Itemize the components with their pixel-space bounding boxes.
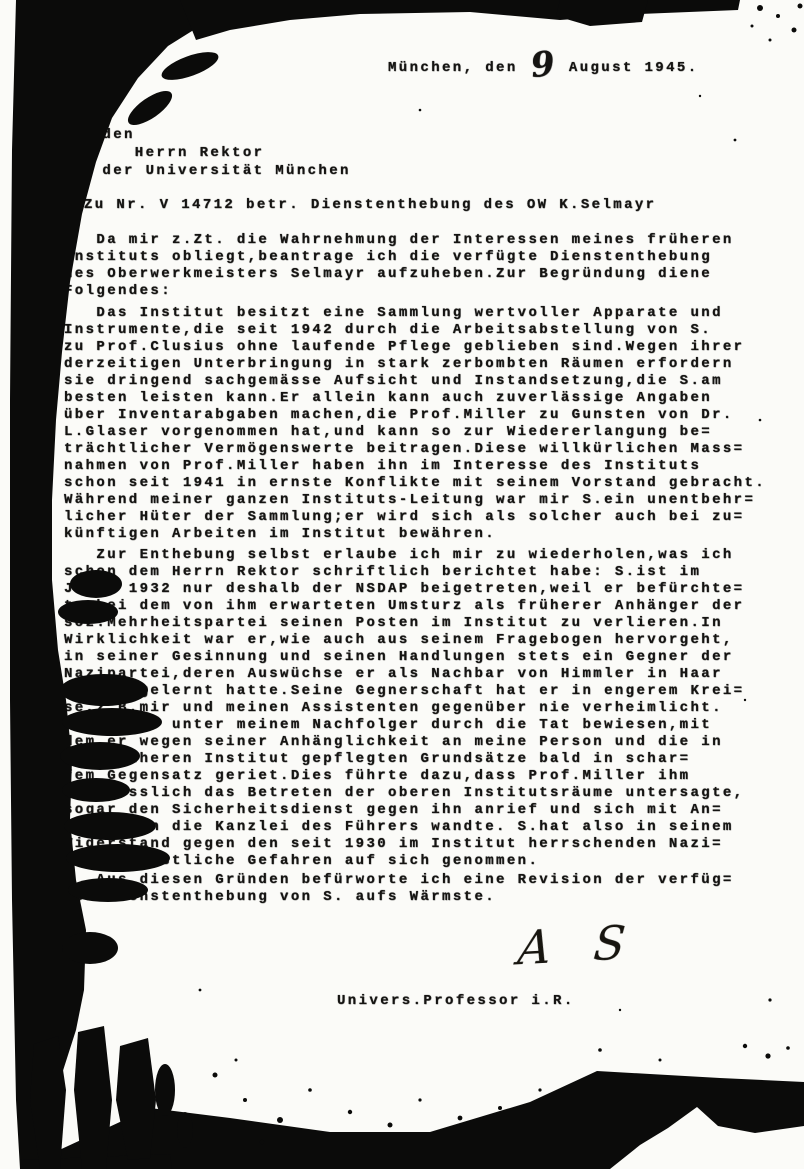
scanned-letter-page: München, den 9 August 1945. An den Herrn… (0, 0, 804, 1169)
paragraph-2: Das Institut besitzt eine Sammlung wertv… (64, 305, 766, 543)
handwritten-day: 9 (528, 55, 559, 75)
top-edge-strip (180, 0, 740, 40)
paragraph-4: Aus diesen Gründen befürworte ich eine R… (64, 872, 734, 906)
paragraph-1: Da mir z.Zt. die Wahrnehmung der Interes… (64, 232, 734, 300)
subject-line: Zu Nr. V 14712 betr. Dienstenthebung des… (84, 197, 656, 214)
bottom-band-blob (20, 1071, 804, 1169)
paragraph-3: Zur Enthebung selbst erlaube ich mir zu … (64, 547, 745, 870)
recipient-block: An den Herrn Rektor der Universität Münc… (70, 126, 351, 180)
bottom-left-streaks (30, 1026, 193, 1169)
bottom-speckles (213, 1044, 790, 1144)
typed-closing: Univers.Professor i.R. (337, 993, 575, 1010)
top-right-speckles (751, 4, 803, 42)
date-line: München, den 9 August 1945. (388, 52, 699, 77)
date-prefix: München, den (388, 60, 528, 76)
date-suffix: August 1945. (558, 60, 698, 76)
handwritten-signature: A S (516, 915, 642, 976)
